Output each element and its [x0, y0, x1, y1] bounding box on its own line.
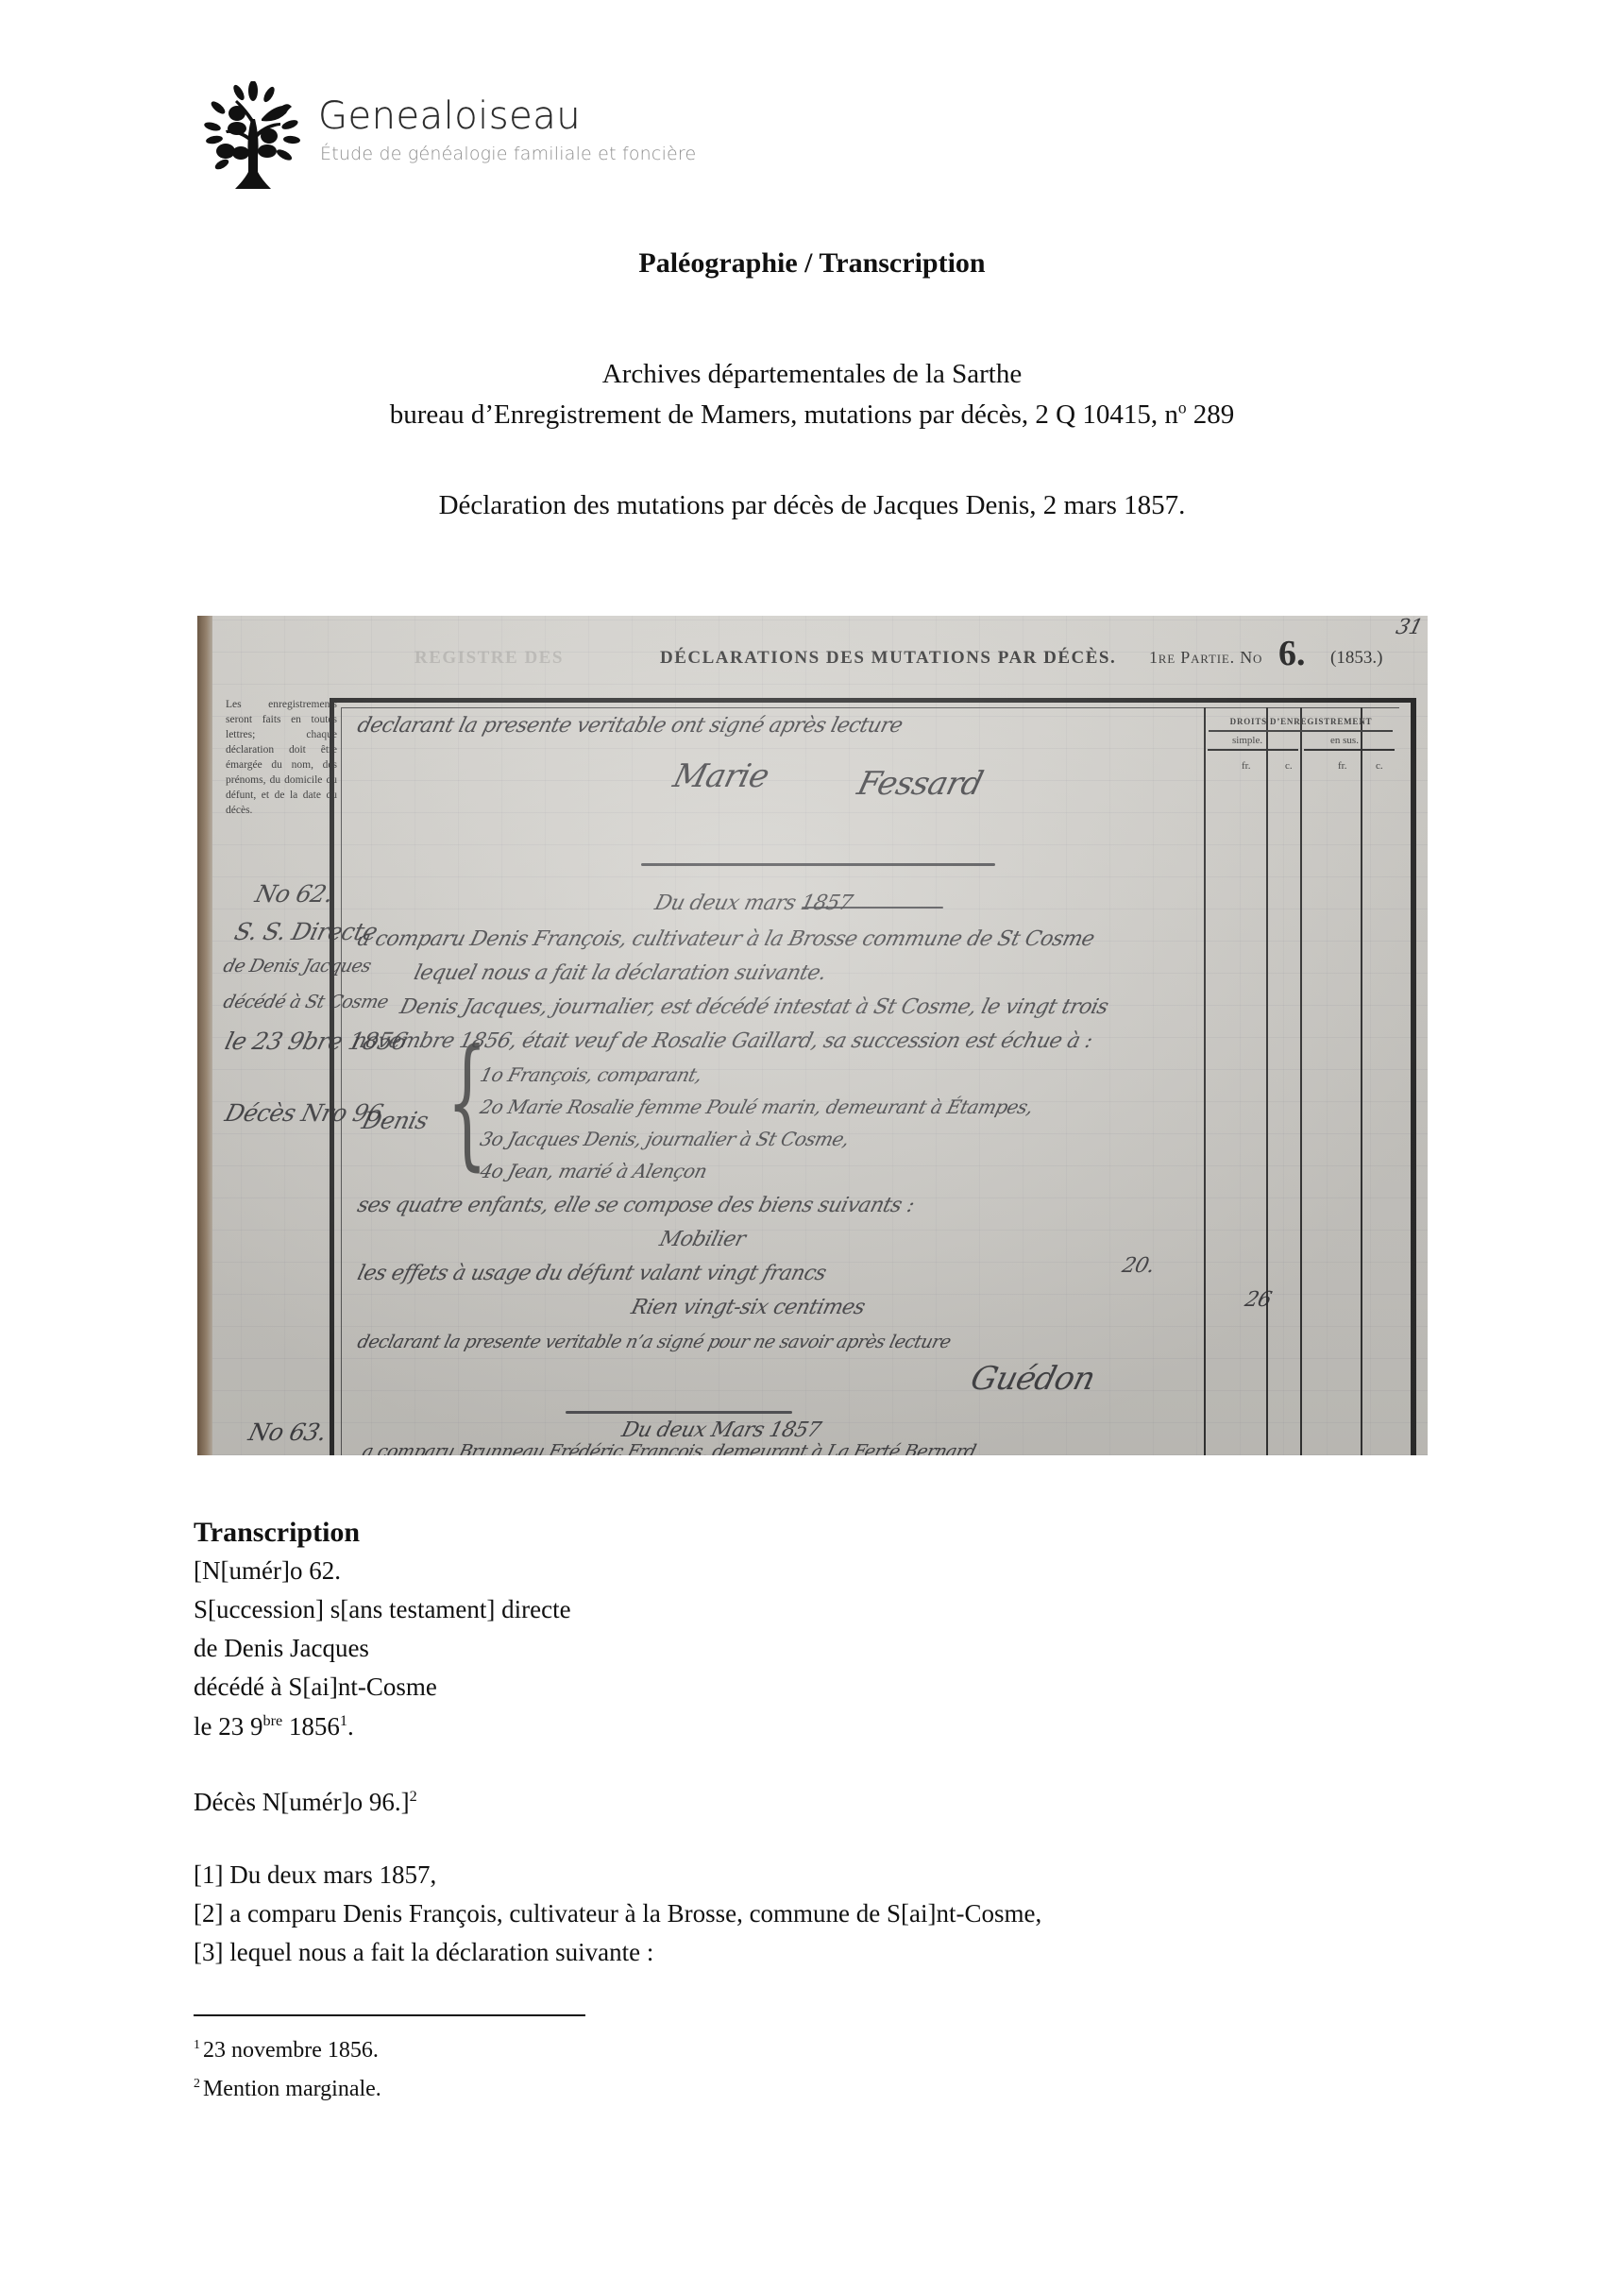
printed-year: (1853.) — [1330, 648, 1382, 669]
deces-text: Décès N[umér]o 96.] — [194, 1788, 410, 1816]
entry-separator — [641, 863, 995, 866]
handwriting-line: a comparu Brunneau Frédéric François, de… — [360, 1441, 977, 1455]
footnote-number: 2 — [194, 2077, 200, 2091]
archive-reference-text: bureau d’Enregistrement de Mamers, mutat… — [390, 399, 1178, 430]
droits-rule — [1208, 749, 1298, 751]
transcription-deces-line: Décès N[umér]o 96.]2 — [194, 1785, 417, 1819]
logo: Genealoiseau Étude de généalogie familia… — [201, 81, 711, 191]
archive-reference-sup: o — [1178, 398, 1187, 416]
date-rule — [802, 907, 943, 909]
printed-margin-note: Les enregistrements seront faits en tout… — [226, 697, 337, 818]
column-rule — [1361, 707, 1362, 1455]
entry-separator — [566, 1411, 792, 1414]
signature: Marie — [669, 757, 772, 795]
date-year: 1856 — [282, 1712, 340, 1741]
printed-header: DÉCLARATIONS DES MUTATIONS PAR DÉCÈS. — [660, 648, 1116, 669]
margin-annotation: de Denis Jacques — [221, 956, 373, 977]
date-superscript: bre — [263, 1712, 283, 1729]
book-binding — [197, 616, 212, 1455]
date-suffix: . — [347, 1712, 354, 1741]
date-prefix: le 23 9 — [194, 1712, 263, 1741]
footnote-ref-2[interactable]: 2 — [410, 1788, 417, 1805]
margin-annotation: No 62. — [252, 880, 335, 908]
unit-c: c. — [1376, 760, 1383, 772]
date-line: Du deux mars 1857 — [652, 892, 854, 915]
heir-line: 2o Marie Rosalie femme Poulé marin, deme… — [478, 1096, 1035, 1118]
printed-part-number: 6. — [1278, 633, 1306, 674]
handwriting-line: declarant la presente veritable ont sign… — [355, 714, 905, 738]
transcription-line: [N[umér]o 62. — [194, 1554, 341, 1588]
archive-name: Archives départementales de la Sarthe — [0, 356, 1624, 392]
page-mark: 31 — [1394, 616, 1425, 639]
unit-c: c. — [1285, 760, 1293, 772]
transcription-line: S[uccession] s[ans testament] directe — [194, 1592, 571, 1626]
handwriting-heading: Mobilier — [657, 1228, 748, 1251]
declaration-title: Déclaration des mutations par décès de J… — [0, 487, 1624, 523]
footnote-ref-1[interactable]: 1 — [340, 1712, 347, 1729]
transcription-line: décédé à S[ai]nt-Cosme — [194, 1670, 437, 1704]
heir-line: 4o Jean, marié à Alençon — [478, 1160, 709, 1182]
transcription-numbered-line: [3] lequel nous a fait la déclaration su… — [194, 1935, 653, 1969]
page-title: Paléographie / Transcription — [0, 246, 1624, 281]
footnote-separator — [194, 2014, 585, 2016]
unit-fr: fr. — [1338, 760, 1346, 772]
footnote-2: 2Mention marginale. — [194, 2075, 381, 2103]
handwriting-line: a comparu Denis François, cultivateur à … — [355, 927, 1096, 951]
signature: Fessard — [854, 765, 987, 803]
archival-document-photo: REGISTRE DES DÉCLARATIONS DES MUTATIONS … — [197, 616, 1428, 1455]
heir-line: 1o François, comparant, — [478, 1063, 704, 1086]
footnote-1: 123 novembre 1856. — [194, 2036, 379, 2064]
handwriting-line: declarant la presente veritable n’a sign… — [355, 1332, 953, 1352]
archive-reference: bureau d’Enregistrement de Mamers, mutat… — [0, 397, 1624, 433]
printed-faded-header: REGISTRE DES — [414, 648, 564, 669]
date-line: Du deux Mars 1857 — [619, 1418, 823, 1442]
handwriting-line: Denis Jacques, journalier, est décédé in… — [398, 995, 1110, 1019]
printed-part: 1re Partie. No — [1149, 648, 1262, 668]
handwriting-line: lequel nous a fait la déclaration suivan… — [412, 961, 829, 985]
amount: 20. — [1120, 1254, 1157, 1278]
droits-simple: simple. — [1232, 735, 1262, 746]
column-rule — [1204, 707, 1206, 1455]
logo-name: Genealoiseau — [318, 94, 581, 138]
signature: Guédon — [967, 1360, 1099, 1398]
droits-rule — [1209, 730, 1393, 732]
footnote-text: 23 novembre 1856. — [203, 2038, 379, 2063]
droits-title: DROITS D’ENREGISTREMENT — [1211, 717, 1391, 726]
footnote-text: Mention marginale. — [203, 2077, 381, 2101]
unit-fr: fr. — [1242, 760, 1250, 772]
tree-with-bird-icon — [201, 81, 305, 189]
handwriting-line: ses quatre enfants, elle se compose des … — [355, 1194, 917, 1217]
archive-reference-number: 289 — [1187, 399, 1235, 430]
droits-en-sus: en sus. — [1330, 735, 1359, 746]
handwriting-line: les effets à usage du défunt valant ving… — [355, 1262, 828, 1285]
column-rule — [1300, 707, 1302, 1455]
logo-tagline: Étude de généalogie familiale et foncièr… — [320, 144, 696, 164]
margin-annotation: décédé à St Cosme — [221, 992, 390, 1012]
margin-annotation: No 63. — [245, 1418, 329, 1446]
heir-line: 3o Jacques Denis, journalier à St Cosme, — [478, 1128, 852, 1150]
transcription-heading: Transcription — [194, 1516, 360, 1550]
transcription-date-line: le 23 9bre 18561. — [194, 1709, 354, 1743]
droits-columns: DROITS D’ENREGISTREMENT simple. en sus. … — [1204, 707, 1393, 1455]
transcription-numbered-line: [1] Du deux mars 1857, — [194, 1858, 436, 1892]
transcription-numbered-line: [2] a comparu Denis François, cultivateu… — [194, 1896, 1041, 1930]
transcription-line: de Denis Jacques — [194, 1631, 369, 1665]
handwriting-line: Rien vingt-six centimes — [629, 1296, 867, 1319]
heirs-label: Denis — [359, 1107, 431, 1134]
column-rule — [1266, 707, 1268, 1455]
footnote-number: 1 — [194, 2038, 200, 2052]
droits-rule — [1304, 749, 1395, 751]
